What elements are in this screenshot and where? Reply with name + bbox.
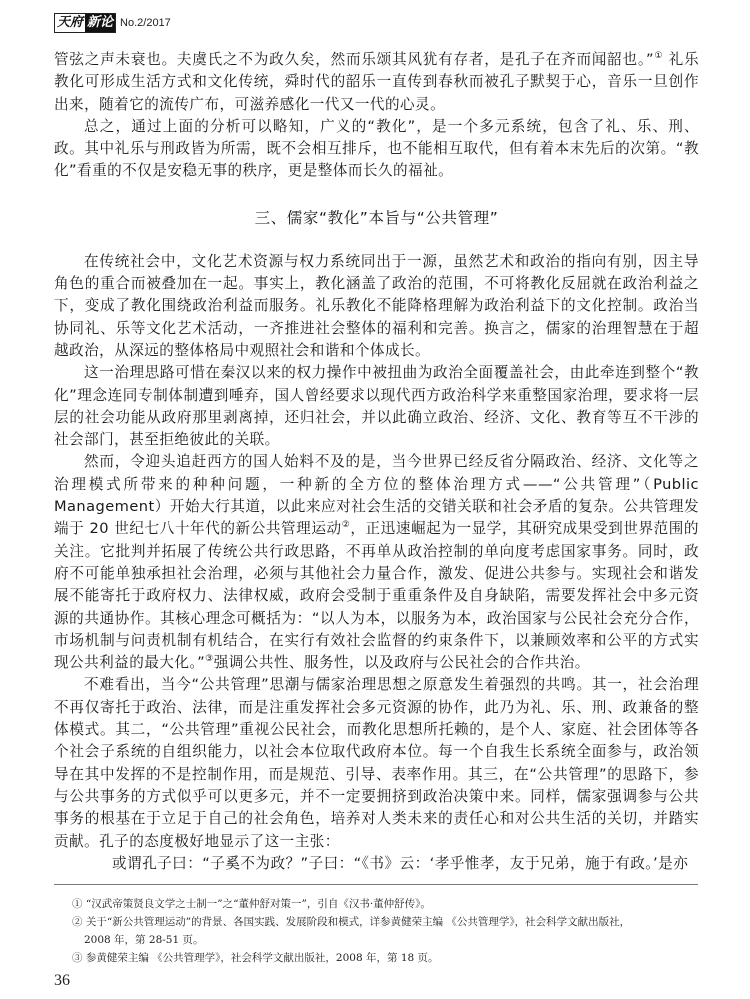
footnote-1: ① “汉武帝策贤良文学之士制一”之“董仲舒对策一”，引自《汉书·董仲舒传》。	[72, 895, 702, 913]
page-number: 36	[54, 972, 70, 990]
paragraph-text: ，正迅速崛起为一显学，其研究成果受到世界范围的关注。它批判并拓展了传统公共行政思…	[54, 520, 699, 671]
paragraph-text: 管弦之声未衰也。夫虞氏之不为政久矣，然而乐颂其风犹有存者，是孔子在齐而闻韶也。”	[54, 51, 654, 68]
footnote-mark: ①	[72, 898, 83, 910]
paragraph: 这一治理思路可惜在秦汉以来的权力操作中被扭曲为政治全面覆盖社会，由此牵连到整个“…	[54, 362, 699, 451]
footnote-continuation: 2008 年，第 28-51 页。	[72, 931, 702, 949]
footnote-text: 参黄健荣主编 《公共管理学》，社会科学文献出版社，2008 年，第 18 页。	[86, 952, 439, 964]
section-heading: 三、儒家“教化”本旨与“公共管理”	[54, 207, 699, 229]
journal-logo: 天府 新论	[54, 13, 116, 33]
journal-header: 天府 新论 No.2/2017	[54, 13, 171, 33]
paragraph: 在传统社会中，文化艺术资源与权力系统同出于一源，虽然艺术和政治的指向有别，因主导…	[54, 251, 699, 362]
paragraph-continued: 管弦之声未衰也。夫虞氏之不为政久矣，然而乐颂其风犹有存者，是孔子在齐而闻韶也。”…	[54, 49, 699, 116]
footnotes: ① “汉武帝策贤良文学之士制一”之“董仲舒对策一”，引自《汉书·董仲舒传》。 ②…	[72, 895, 702, 967]
logo-left-text: 天府	[55, 14, 85, 32]
issue-number: No.2/2017	[120, 17, 171, 29]
paragraph: 然而，令迎头追赶西方的国人始料不及的是，当今世界已经反省分隔政治、经济、文化等之…	[54, 451, 699, 674]
footnote-divider	[54, 884, 698, 885]
footnote-2: ② 关于“新公共管理运动”的背景、各国实践、发展阶段和模式，详参黄健荣主编 《公…	[72, 913, 702, 949]
footnote-ref-3[interactable]: ③	[205, 654, 214, 664]
paragraph: 总之，通过上面的分析可以略知，广义的“教化”，是一个多元系统，包含了礼、乐、刑、…	[54, 116, 699, 183]
paragraph: 不难看出，当今“公共管理”思潮与儒家治理思想之原意发生着强烈的共鸣。其一，社会治…	[54, 674, 699, 852]
article-body: 管弦之声未衰也。夫虞氏之不为政久矣，然而乐颂其风犹有存者，是孔子在齐而闻韶也。”…	[54, 49, 699, 875]
footnote-ref-1[interactable]: ①	[654, 51, 663, 61]
block-quote: 或谓孔子曰：“子奚不为政？”子曰：“《书》云：‘孝乎惟孝，友于兄弟，施于有政。’…	[54, 853, 699, 875]
paragraph-text: 强调公共性、服务性，以及政府与公民社会的合作共治。	[214, 654, 590, 671]
footnote-mark: ②	[72, 916, 83, 928]
logo-right-text: 新论	[85, 14, 115, 32]
footnote-text: 关于“新公共管理运动”的背景、各国实践、发展阶段和模式，详参黄健荣主编 《公共管…	[86, 916, 630, 928]
footnote-3: ③ 参黄健荣主编 《公共管理学》，社会科学文献出版社，2008 年，第 18 页…	[72, 949, 702, 967]
footnote-text: “汉武帝策贤良文学之士制一”之“董仲舒对策一”，引自《汉书·董仲舒传》。	[86, 898, 431, 910]
footnote-mark: ③	[72, 952, 83, 964]
